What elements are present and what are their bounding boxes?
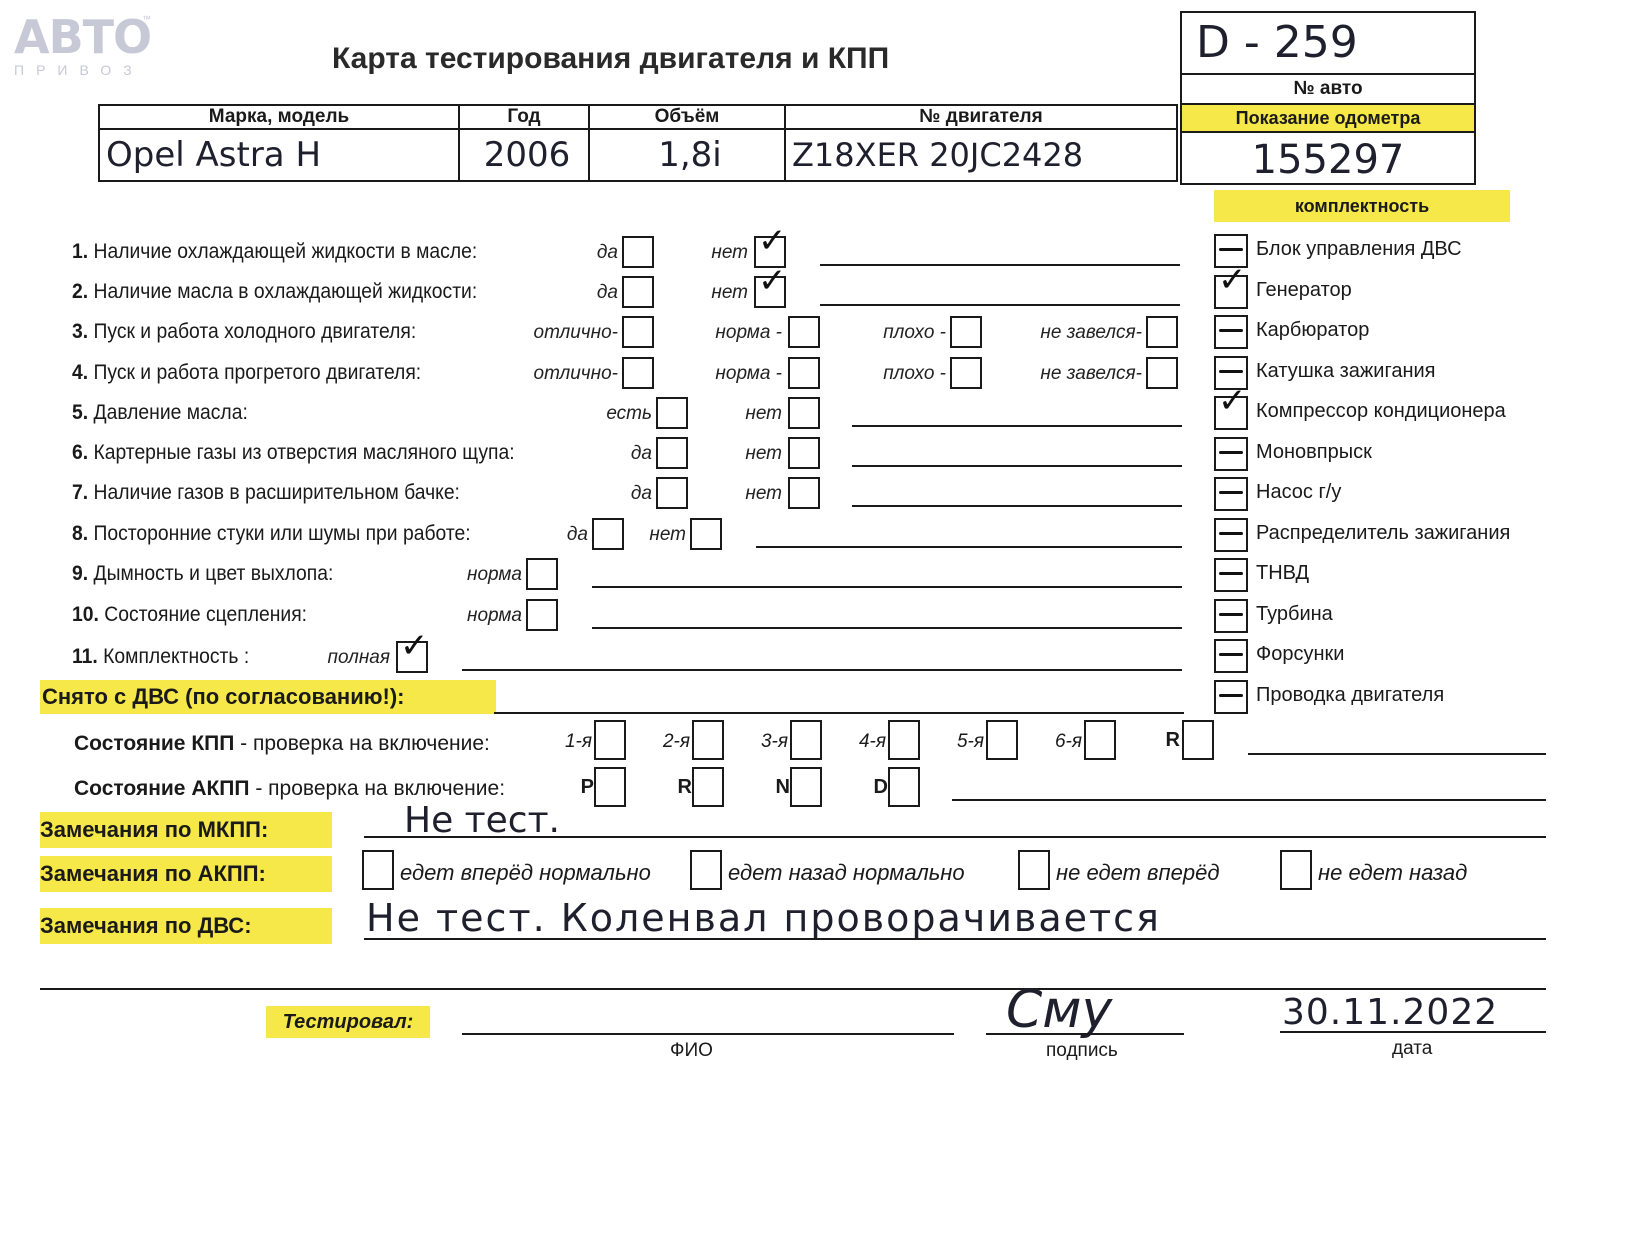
completeness-checkbox[interactable] xyxy=(1214,680,1248,714)
auto-number-label: № авто xyxy=(1182,75,1474,105)
completeness-checkbox[interactable] xyxy=(1214,477,1248,511)
option-label: да xyxy=(567,524,588,546)
completeness-checkbox[interactable] xyxy=(1214,599,1248,633)
dash-icon xyxy=(1219,572,1243,575)
checkmark-icon: ✓ xyxy=(758,224,787,258)
question-number: 2. xyxy=(72,280,88,303)
vehicle-table: Марка, модель Год Объём № двигателя Opel… xyxy=(98,104,1178,182)
akpp-gear-label: R xyxy=(678,776,692,799)
option-checkbox[interactable] xyxy=(788,316,820,348)
option-checkbox[interactable] xyxy=(690,518,722,550)
completeness-item-label: ТНВД xyxy=(1256,562,1309,585)
kpp-gear-label: 4-я xyxy=(859,731,886,753)
completeness-item-label: Форсунки xyxy=(1256,643,1344,666)
question-row: 11. Комплектность : xyxy=(72,645,249,669)
question-notes-line[interactable] xyxy=(852,425,1182,427)
odometer-label: Показание одометра xyxy=(1182,105,1474,133)
option-checkbox[interactable]: ✓ xyxy=(754,276,786,308)
option-label: норма xyxy=(467,564,522,586)
completeness-checkbox[interactable] xyxy=(1214,518,1248,552)
question-notes-line[interactable] xyxy=(462,669,1182,671)
option-label: нет xyxy=(745,403,782,425)
dash-icon xyxy=(1219,653,1243,656)
kpp-gear-checkbox[interactable] xyxy=(986,720,1018,760)
odometer-value[interactable]: 155297 xyxy=(1182,133,1474,187)
question-text: Пуск и работа холодного двигателя: xyxy=(93,320,416,343)
question-number: 10. xyxy=(72,603,99,626)
question-text: Картерные газы из отверстия масляного щу… xyxy=(93,441,514,464)
akpp-remark-label: едет назад нормально xyxy=(728,860,965,886)
year-value[interactable]: 2006 xyxy=(459,129,589,181)
option-label: норма - xyxy=(715,363,782,385)
akpp-remark-label: не едет назад xyxy=(1318,860,1467,886)
akpp-gear-checkbox[interactable] xyxy=(888,767,920,807)
kpp-gear-label: 5-я xyxy=(957,731,984,753)
question-text: Наличие охлаждающей жидкости в масле: xyxy=(93,240,477,263)
option-label: да xyxy=(597,242,618,264)
akpp-gear-checkbox[interactable] xyxy=(790,767,822,807)
option-checkbox[interactable] xyxy=(622,236,654,268)
col-header-volume: Объём xyxy=(589,105,785,129)
option-label: есть xyxy=(606,403,652,425)
question-row: 5. Давление масла: xyxy=(72,401,248,425)
option-checkbox[interactable] xyxy=(622,316,654,348)
question-text: Наличие масла в охлаждающей жидкости: xyxy=(93,280,477,303)
question-text: Комплектность : xyxy=(103,645,249,668)
option-checkbox[interactable] xyxy=(656,477,688,509)
option-label: плохо - xyxy=(883,322,946,344)
question-number: 11. xyxy=(72,645,98,668)
option-checkbox[interactable] xyxy=(656,397,688,429)
removed-input-line[interactable] xyxy=(494,712,1184,714)
option-label: норма xyxy=(467,605,522,627)
option-checkbox[interactable] xyxy=(656,437,688,469)
option-checkbox[interactable] xyxy=(788,357,820,389)
date-value[interactable]: 30.11.2022 xyxy=(1282,992,1498,1033)
question-number: 1. xyxy=(72,240,88,263)
question-notes-line[interactable] xyxy=(852,465,1182,467)
col-header-year: Год xyxy=(459,105,589,129)
kpp-gear-checkbox[interactable] xyxy=(1182,720,1214,760)
date-line xyxy=(1280,1031,1546,1033)
dash-icon xyxy=(1219,329,1243,332)
dash-icon xyxy=(1219,694,1243,697)
question-text: Наличие газов в расширительном бачке: xyxy=(93,481,459,504)
kpp-notes-line[interactable] xyxy=(1248,753,1546,755)
question-row: 7. Наличие газов в расширительном бачке: xyxy=(72,481,460,505)
page-title: Карта тестирования двигателя и КПП xyxy=(332,42,889,76)
kpp-gear-checkbox[interactable] xyxy=(790,720,822,760)
option-checkbox[interactable] xyxy=(788,477,820,509)
option-label: нет xyxy=(745,443,782,465)
question-row: 6. Картерные газы из отверстия масляного… xyxy=(72,441,515,465)
mkpp-remarks-value[interactable]: Не тест. xyxy=(404,800,560,841)
question-number: 5. xyxy=(72,401,88,424)
option-checkbox[interactable] xyxy=(622,357,654,389)
dash-icon xyxy=(1219,613,1243,616)
akpp-remark-checkbox[interactable] xyxy=(1280,850,1312,890)
question-text: Посторонние стуки или шумы при работе: xyxy=(93,522,470,545)
akpp-remark-checkbox[interactable] xyxy=(362,850,394,890)
question-number: 4. xyxy=(72,361,88,384)
option-label: нет xyxy=(711,282,748,304)
akpp-gear-checkbox[interactable] xyxy=(594,767,626,807)
question-row: 3. Пуск и работа холодного двигателя: xyxy=(72,320,416,344)
completeness-checkbox[interactable] xyxy=(1214,437,1248,471)
auto-box: D - 259 № авто Показание одометра 155297 xyxy=(1180,11,1476,185)
question-notes-line[interactable] xyxy=(592,627,1182,629)
question-text: Давление масла: xyxy=(93,401,247,424)
date-label: дата xyxy=(1392,1038,1432,1060)
option-checkbox[interactable] xyxy=(950,316,982,348)
model-value[interactable]: Opel Astra H xyxy=(99,129,459,181)
question-row: 10. Состояние сцепления: xyxy=(72,603,307,627)
akpp-remark-label: едет вперёд нормально xyxy=(400,860,651,886)
logo: АВТО ™ ПРИВОЗ xyxy=(14,14,151,78)
option-checkbox[interactable]: ✓ xyxy=(396,641,428,673)
kpp-gear-checkbox[interactable] xyxy=(594,720,626,760)
option-checkbox[interactable] xyxy=(950,357,982,389)
completeness-checkbox[interactable] xyxy=(1214,639,1248,673)
fio-label: ФИО xyxy=(670,1040,713,1062)
kpp-gear-checkbox[interactable] xyxy=(692,720,724,760)
checkmark-icon: ✓ xyxy=(1218,384,1247,418)
question-text: Дымность и цвет выхлопа: xyxy=(93,562,333,585)
mkpp-remarks-label: Замечания по МКПП: xyxy=(40,812,332,848)
question-number: 8. xyxy=(72,522,88,545)
kpp-gear-label: 6-я xyxy=(1055,731,1082,753)
completeness-item-label: Насос г/у xyxy=(1256,481,1341,504)
completeness-heading: комплектность xyxy=(1214,190,1510,222)
signature-value: Сму xyxy=(1006,980,1112,1040)
checkmark-icon: ✓ xyxy=(758,264,787,298)
question-row: 4. Пуск и работа прогретого двигателя: xyxy=(72,361,421,385)
kpp-gear-label: 1-я xyxy=(565,731,592,753)
completeness-item-label: Генератор xyxy=(1256,279,1352,302)
question-text: Состояние сцепления: xyxy=(104,603,307,626)
option-label: нет xyxy=(745,483,782,505)
option-label: нет xyxy=(649,524,686,546)
question-notes-line[interactable] xyxy=(592,586,1182,588)
divider xyxy=(40,988,1546,990)
dash-icon xyxy=(1219,491,1243,494)
akpp-remark-checkbox[interactable] xyxy=(1018,850,1050,890)
option-label: да xyxy=(631,443,652,465)
akpp-label: Состояние АКПП - проверка на включение: xyxy=(74,777,505,801)
option-label: полная xyxy=(328,647,391,669)
question-notes-line[interactable] xyxy=(756,546,1182,548)
option-label: плохо - xyxy=(883,363,946,385)
logo-sub: ПРИВОЗ xyxy=(14,62,151,78)
dvs-remarks-value[interactable]: Не тест. Коленвал проворачивается xyxy=(366,896,1161,940)
engine-number-value[interactable]: Z18XER 20JC2428 xyxy=(785,129,1177,181)
completeness-checkbox[interactable]: ✓ xyxy=(1214,396,1248,430)
col-header-engine-number: № двигателя xyxy=(785,105,1177,129)
signature-label: подпись xyxy=(1046,1040,1118,1062)
option-label: норма - xyxy=(715,322,782,344)
option-checkbox[interactable] xyxy=(1146,316,1178,348)
kpp-gear-label: R xyxy=(1166,729,1180,752)
option-checkbox[interactable] xyxy=(526,558,558,590)
dash-icon xyxy=(1219,451,1243,454)
signature-line[interactable] xyxy=(986,1033,1184,1035)
question-number: 3. xyxy=(72,320,88,343)
kpp-gear-label: 2-я xyxy=(663,731,690,753)
completeness-item-label: Катушка зажигания xyxy=(1256,360,1436,383)
completeness-item-label: Распределитель зажигания xyxy=(1256,522,1510,545)
dvs-remarks-line xyxy=(364,938,1546,940)
akpp-gear-label: D xyxy=(874,776,888,799)
question-text: Пуск и работа прогретого двигателя: xyxy=(93,361,421,384)
completeness-item-label: Турбина xyxy=(1256,603,1333,626)
dash-icon xyxy=(1219,370,1243,373)
question-row: 2. Наличие масла в охлаждающей жидкости: xyxy=(72,280,477,304)
option-label: не завелся- xyxy=(1040,322,1142,344)
option-checkbox[interactable] xyxy=(622,276,654,308)
akpp-gear-label: N xyxy=(776,776,790,799)
question-row: 9. Дымность и цвет выхлопа: xyxy=(72,562,333,586)
kpp-label: Состояние КПП - проверка на включение: xyxy=(74,732,490,756)
question-notes-line[interactable] xyxy=(820,304,1180,306)
completeness-item-label: Карбюратор xyxy=(1256,319,1369,342)
dash-icon xyxy=(1219,532,1243,535)
fio-line[interactable] xyxy=(462,1033,954,1035)
checkmark-icon: ✓ xyxy=(1218,263,1247,297)
akpp-notes-line[interactable] xyxy=(952,799,1546,801)
question-notes-line[interactable] xyxy=(820,264,1180,266)
option-checkbox[interactable] xyxy=(1146,357,1178,389)
question-number: 7. xyxy=(72,481,88,504)
akpp-remarks-label: Замечания по АКПП: xyxy=(40,856,332,892)
kpp-gear-label: 3-я xyxy=(761,731,788,753)
option-label: отлично- xyxy=(534,363,618,385)
completeness-checkbox[interactable] xyxy=(1214,315,1248,349)
option-checkbox[interactable] xyxy=(592,518,624,550)
removed-label: Снято с ДВС (по согласованию!): xyxy=(40,680,496,714)
question-row: 8. Посторонние стуки или шумы при работе… xyxy=(72,522,471,546)
volume-value[interactable]: 1,8i xyxy=(589,129,785,181)
option-checkbox[interactable] xyxy=(788,397,820,429)
question-notes-line[interactable] xyxy=(852,505,1182,507)
completeness-checkbox[interactable] xyxy=(1214,558,1248,592)
option-checkbox[interactable] xyxy=(788,437,820,469)
kpp-gear-checkbox[interactable] xyxy=(888,720,920,760)
question-number: 9. xyxy=(72,562,88,585)
option-label: да xyxy=(631,483,652,505)
completeness-item-label: Проводка двигателя xyxy=(1256,684,1444,707)
auto-number-value[interactable]: D - 259 xyxy=(1182,13,1474,75)
option-label: нет xyxy=(711,242,748,264)
logo-main: АВТО xyxy=(14,14,151,60)
completeness-item-label: Моновпрыск xyxy=(1256,441,1372,464)
option-label: не завелся- xyxy=(1040,363,1142,385)
logo-tm: ™ xyxy=(142,14,151,24)
akpp-gear-label: P xyxy=(581,776,594,799)
checkmark-icon: ✓ xyxy=(400,629,429,663)
akpp-gear-checkbox[interactable] xyxy=(692,767,724,807)
question-row: 1. Наличие охлаждающей жидкости в масле: xyxy=(72,240,477,264)
completeness-checkbox[interactable]: ✓ xyxy=(1214,275,1248,309)
option-label: да xyxy=(597,282,618,304)
completeness-item-label: Компрессор кондиционера xyxy=(1256,400,1506,423)
akpp-remark-checkbox[interactable] xyxy=(690,850,722,890)
question-number: 6. xyxy=(72,441,88,464)
col-header-model: Марка, модель xyxy=(99,105,459,129)
tested-by-label: Тестировал: xyxy=(266,1006,430,1038)
dash-icon xyxy=(1219,248,1243,251)
option-checkbox[interactable] xyxy=(526,599,558,631)
kpp-gear-checkbox[interactable] xyxy=(1084,720,1116,760)
option-label: отлично- xyxy=(534,322,618,344)
akpp-remark-label: не едет вперёд xyxy=(1056,860,1220,886)
dvs-remarks-label: Замечания по ДВС: xyxy=(40,908,332,944)
mkpp-remarks-line xyxy=(364,836,1546,838)
completeness-item-label: Блок управления ДВС xyxy=(1256,238,1462,261)
